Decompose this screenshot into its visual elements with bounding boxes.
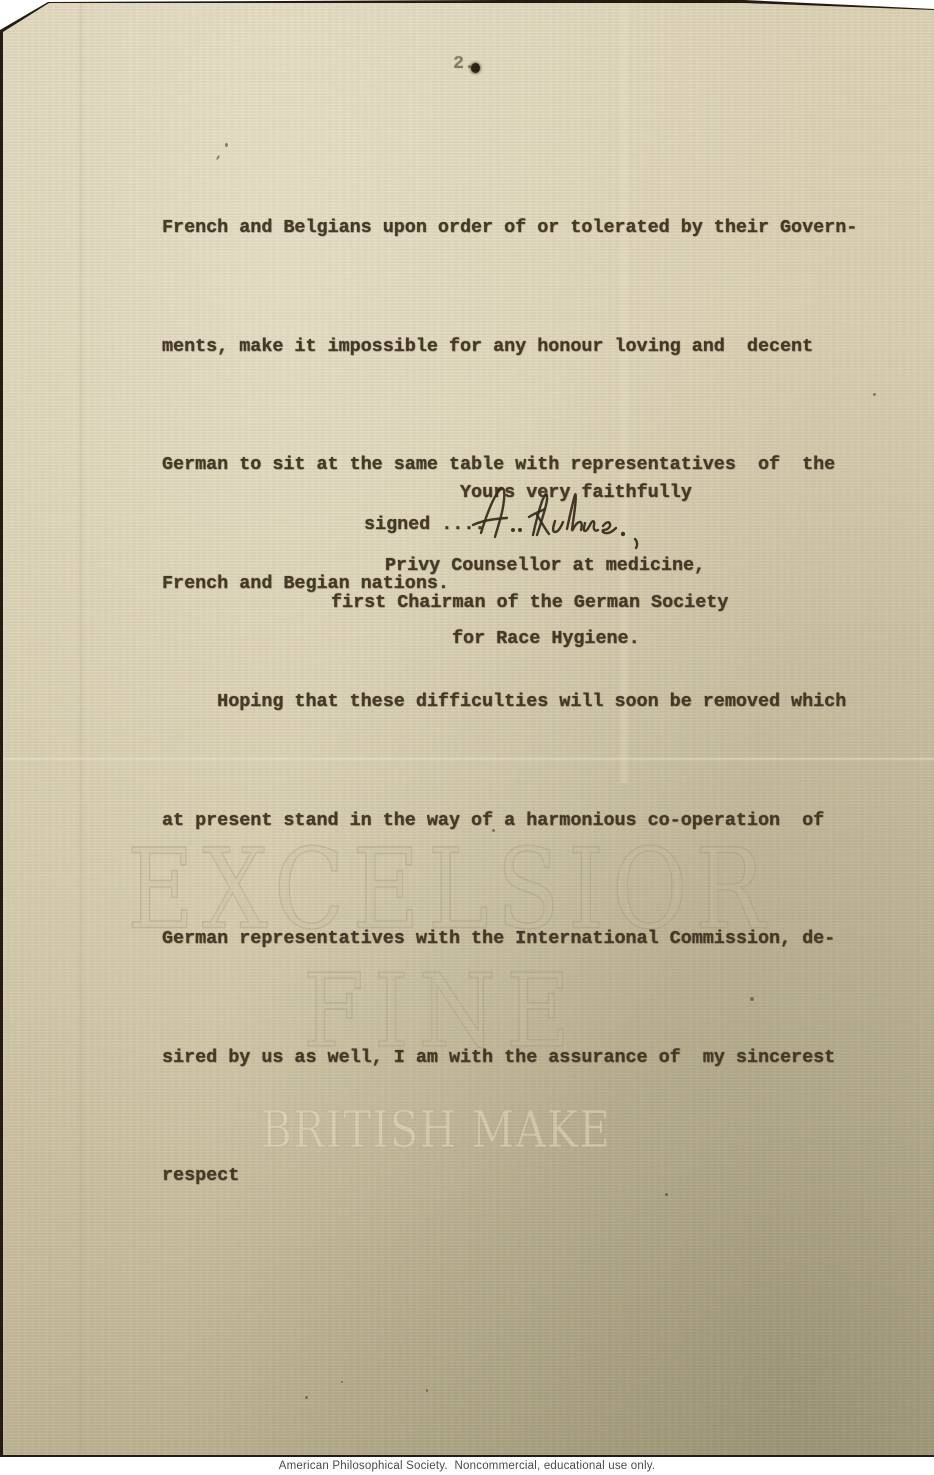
paper-speck bbox=[305, 1396, 308, 1399]
scan-edge: EXCELSIOR FINE BRITISH MAKE 2. French an… bbox=[0, 0, 934, 1457]
body-line: French and Belgians upon order of or tol… bbox=[162, 208, 882, 248]
signer-title-3: for Race Hygiene. bbox=[452, 628, 640, 649]
paper-speck bbox=[492, 829, 495, 832]
body-line: sired by us as well, I am with the assur… bbox=[162, 1038, 882, 1078]
letter-body: French and Belgians upon order of or tol… bbox=[162, 129, 882, 1275]
body-line: German representatives with the Internat… bbox=[162, 919, 882, 959]
ink-blot bbox=[471, 63, 480, 73]
paper-speck bbox=[873, 393, 876, 396]
body-line: respect bbox=[162, 1156, 882, 1196]
body-line: German to sit at the same table with rep… bbox=[162, 445, 882, 485]
paper-speck bbox=[665, 1193, 668, 1196]
signer-title-1: Privy Counsellor at medicine, bbox=[385, 555, 705, 576]
body-line: Hoping that these difficulties will soon… bbox=[162, 682, 882, 722]
paper-speck bbox=[225, 143, 228, 147]
paper-speck bbox=[750, 997, 754, 1001]
body-line: at present stand in the way of a harmoni… bbox=[162, 801, 882, 841]
signer-title-2: first Chairman of the German Society bbox=[331, 592, 728, 613]
paper-speck bbox=[341, 1381, 343, 1383]
archive-credit: American Philosophical Society. Noncomme… bbox=[279, 1460, 655, 1472]
paper-crease-vertical-left bbox=[79, 3, 83, 1453]
body-line: ments, make it impossible for any honour… bbox=[162, 327, 882, 367]
handwritten-signature bbox=[471, 485, 661, 551]
signature-strokes bbox=[471, 485, 661, 551]
paper-speck bbox=[426, 1389, 428, 1392]
signed-label: signed .... bbox=[364, 514, 485, 535]
document-page: EXCELSIOR FINE BRITISH MAKE 2. French an… bbox=[3, 3, 934, 1455]
footer-strip: American Philosophical Society. Noncomme… bbox=[0, 1457, 934, 1475]
